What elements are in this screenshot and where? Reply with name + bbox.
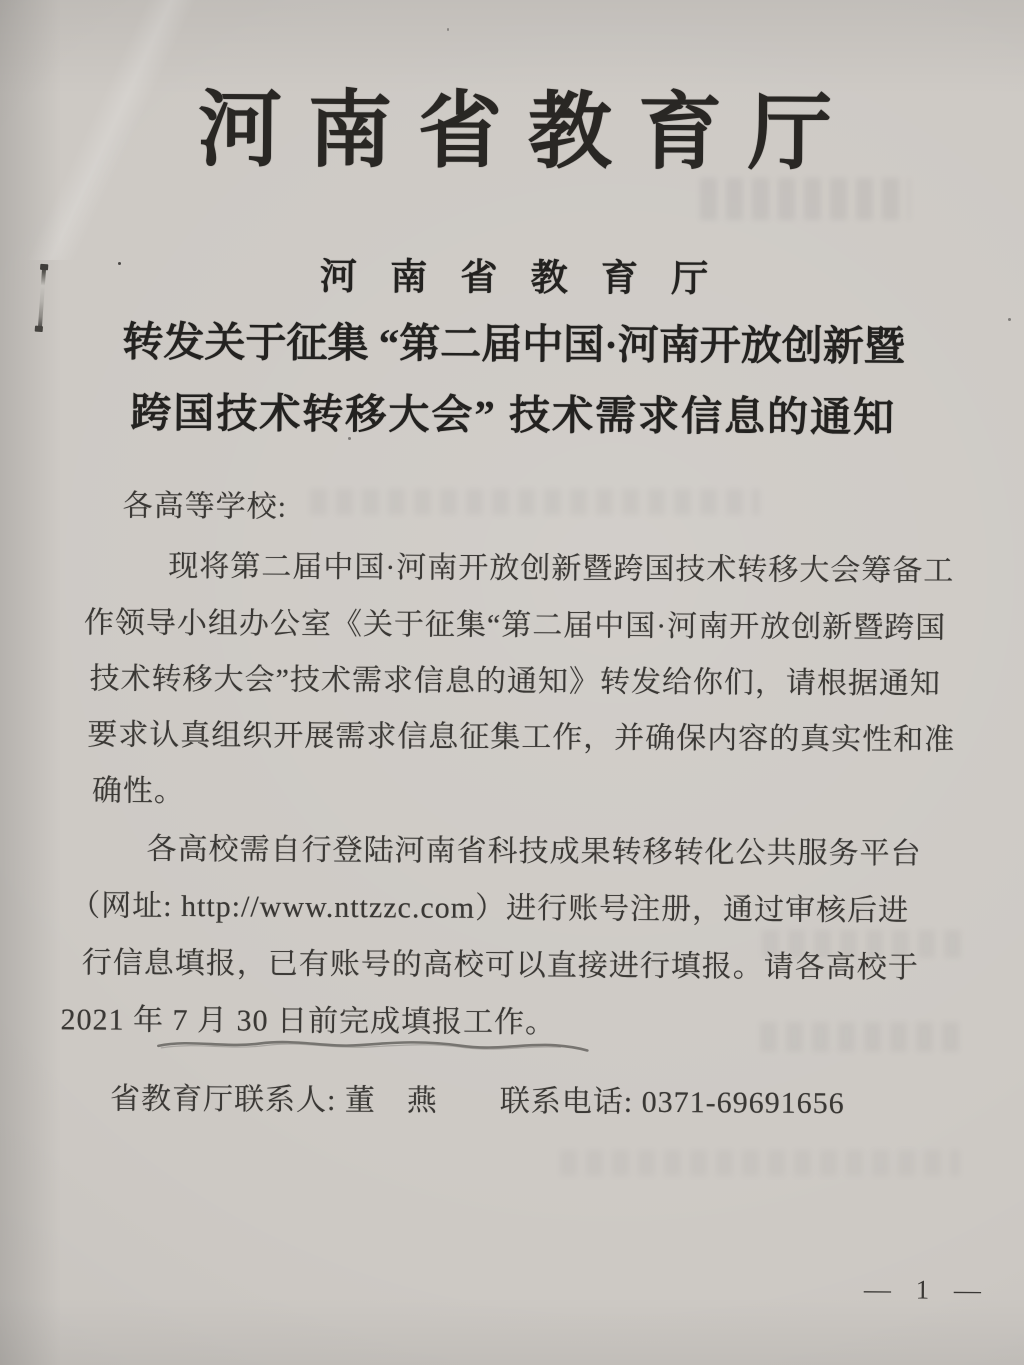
body-line-deadline: 2021 年 7 月 30 日前完成填报工作。 [60, 994, 556, 1041]
contact-line: 省教育厅联系人: 董 燕 联系电话: 0371-69691656 [110, 1074, 845, 1122]
title-line-2: 跨国技术转移大会” 技术需求信息的通知 [1, 379, 1024, 444]
pencil-underline [155, 1035, 591, 1056]
page-number: — 1 — [864, 1274, 990, 1306]
document-title-block: 河 南 省 教 育 厅 转发关于征集 “第二届中国·河南开放创新暨 跨国技术转移… [1, 244, 1024, 444]
body-line: 确性。 [92, 765, 185, 810]
scanned-document-photo: 河南省教育厅 河 南 省 教 育 厅 转发关于征集 “第二届中国·河南开放创新暨… [0, 0, 1024, 1365]
body-line: 现将第二届中国·河南开放创新暨跨国技术转移大会筹备工 [168, 541, 954, 590]
title-issuer-line: 河 南 省 教 育 厅 [2, 244, 1024, 304]
body-line: 行信息填报，已有账号的高校可以直接进行填报。请各高校于 [82, 937, 919, 986]
salutation: 各高等学校: [123, 481, 288, 526]
body-line: 各高校需自行登陆河南省科技成果转移转化公共服务平台 [146, 824, 921, 873]
body-line: 技术转移大会”技术需求信息的通知》转发给你们，请根据通知 [89, 653, 941, 702]
body-line: （网址: http://www.nttzzc.com）进行账号注册，通过审核后进 [70, 880, 909, 929]
document-content: 河南省教育厅 河 南 省 教 育 厅 转发关于征集 “第二届中国·河南开放创新暨… [0, 0, 1024, 1365]
letterhead-title: 河南省教育厅 [3, 61, 1024, 188]
body-line: 作领导小组办公室《关于征集“第二届中国·河南开放创新暨跨国 [84, 597, 947, 646]
title-line-1: 转发关于征集 “第二届中国·河南开放创新暨 [2, 308, 1024, 373]
body-line: 要求认真组织开展需求信息征集工作，并确保内容的真实性和准 [87, 709, 955, 758]
